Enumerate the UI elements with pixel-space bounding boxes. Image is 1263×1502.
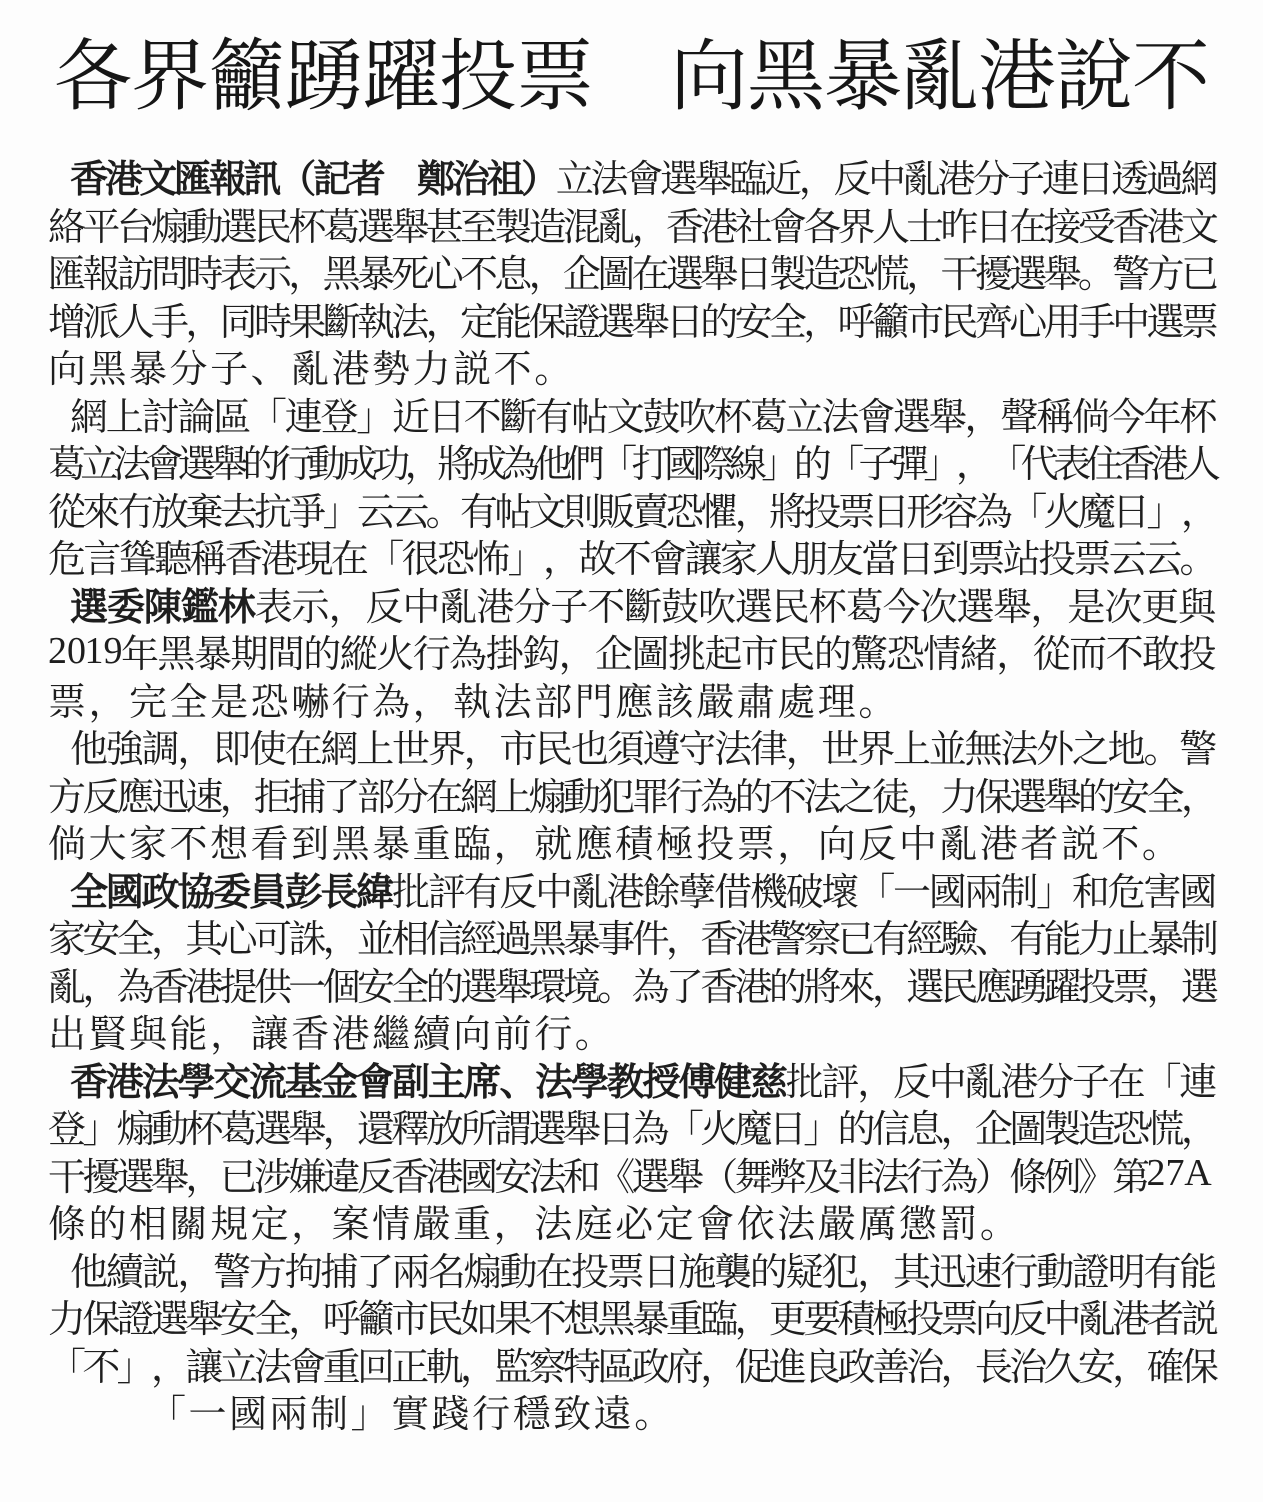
- body-char: 港: [735, 956, 769, 1011]
- body-char: A: [1181, 1151, 1215, 1195]
- body-char: 應: [975, 956, 1009, 1011]
- body-char: 日: [666, 291, 700, 346]
- text-line: 「一國兩制」實踐行穩致遠。: [48, 1387, 1215, 1435]
- body-char: 籲: [872, 291, 906, 346]
- text-line: 葛立法會選舉的行動成功，將成為他們「打國際線」的「子彈」，「代表住香港人: [48, 437, 1215, 485]
- body-char: 長: [975, 1336, 1009, 1391]
- body-char: 選: [906, 956, 940, 1011]
- body-char: 手: [1078, 291, 1112, 346]
- body-char: 例: [1044, 1146, 1078, 1201]
- body-char: 情: [923, 623, 959, 678]
- body-char: 穩: [513, 1383, 551, 1438]
- text-line: 登」煽動杯葛選舉，還釋放所謂選舉日為「火魔日」的信息，企圖製造恐慌，: [48, 1102, 1215, 1150]
- body-char: 遠: [594, 1383, 632, 1438]
- body-char: 善: [872, 1336, 906, 1391]
- body-char: 」: [351, 1383, 389, 1438]
- body-char: 用: [1044, 291, 1078, 346]
- body-char: 全: [769, 291, 803, 346]
- body-char: ，: [996, 623, 1032, 678]
- body-char: 中: [1112, 291, 1146, 346]
- text-line: 匯報訪問時表示，黑暴死心不息，企圖在選舉日製造恐慌，干擾選舉。警方已: [48, 247, 1215, 295]
- body-char: ，: [803, 291, 837, 346]
- text-line: 干擾選舉，已涉嫌違反香港國安法和《選舉（舞弊及非法行為）條例》第27A: [48, 1150, 1215, 1198]
- body-char: ，: [1147, 956, 1181, 1011]
- body-char: 久: [1044, 1336, 1078, 1391]
- article-body: 香港文匯報訊（記者 鄭治祖）立法會選舉臨近，反中亂港分子連日透過網絡平台煽動選民…: [48, 152, 1215, 1435]
- text-line: 出賢與能，讓香港繼續向前行。: [48, 1007, 1215, 1055]
- body-char: 敢: [1142, 623, 1178, 678]
- text-line: 票，完全是恐嚇行為，執法部門應該嚴肅處理。: [48, 675, 1215, 723]
- body-char: 市: [906, 291, 940, 346]
- body-char: 將: [803, 956, 837, 1011]
- body-char: 政: [838, 1336, 872, 1391]
- text-line: 絡平台煽動選民杯葛選舉甚至製造混亂，香港社會各界人士昨日在接受香港文: [48, 200, 1215, 248]
- body-char: 實: [391, 1383, 429, 1438]
- text-line: 力保證選舉安全，呼籲市民如果不想黑暴重臨，更要積極投票向反中亂港者説: [48, 1292, 1215, 1340]
- text-line: 「不」，讓立法會重回正軌，監察特區政府，促進良政善治，長治久安，確保: [48, 1340, 1215, 1388]
- body-char: 》: [1078, 1146, 1112, 1201]
- body-char: 踴: [1009, 956, 1043, 1011]
- text-line: 選委陳鑑林表示，反中亂港分子不斷鼓吹選民杯葛今次選舉，是次更與: [48, 580, 1215, 628]
- body-char: 制: [310, 1383, 348, 1438]
- article-page: 各界籲踴躍投票 向黑暴亂港說不 香港文匯報訊（記者 鄭治祖）立法會選舉臨近，反中…: [0, 0, 1263, 1502]
- text-line: 從來冇放棄去抗爭」云云。有帖文則販賣恐懼，將投票日形容為「火魔日」，: [48, 485, 1215, 533]
- text-line: 全國政協委員彭長緯批評有反中亂港餘孽借機破壞「一國兩制」和危害國: [48, 865, 1215, 913]
- text-line: 危言聳聽稱香港現在「很恐怖」，故不會讓家人朋友當日到票站投票云云。: [48, 532, 1215, 580]
- text-line: 亂，為香港提供一個安全的選舉環境。為了香港的將來，選民應踴躍投票，選: [48, 960, 1215, 1008]
- body-char: 了: [666, 956, 700, 1011]
- text-line: 網上討論區「連登」近日不斷有帖文鼓吹杯葛立法會選舉，聲稱倘今年杯: [48, 390, 1215, 438]
- body-char: 進: [769, 1336, 803, 1391]
- body-char: 投: [1078, 956, 1112, 1011]
- body-char: 國: [229, 1383, 267, 1438]
- body-char: ，: [872, 956, 906, 1011]
- text-line: 條的相關規定，案情嚴重，法庭必定會依法嚴厲懲罰。: [48, 1197, 1215, 1245]
- body-char: 安: [1078, 1336, 1112, 1391]
- body-char: 行: [472, 1383, 510, 1438]
- body-char: 舉: [632, 291, 666, 346]
- body-char: 不: [1106, 623, 1142, 678]
- text-line: 方反應迅速，拒捕了部分在網上煽動犯罪行為的不法之徒，力保選舉的安全，: [48, 770, 1215, 818]
- body-char: 香: [700, 956, 734, 1011]
- body-char: 心: [1009, 291, 1043, 346]
- body-char: ，: [1181, 766, 1215, 821]
- body-char: 呼: [838, 291, 872, 346]
- text-line: 香港文匯報訊（記者 鄭治祖）立法會選舉臨近，反中亂港分子連日透過網: [48, 152, 1215, 200]
- body-char: 齊: [975, 291, 1009, 346]
- body-char: ，: [700, 1336, 734, 1391]
- body-char: 選: [1147, 291, 1181, 346]
- body-char: 民: [941, 291, 975, 346]
- body-char: 。: [634, 1383, 672, 1438]
- body-char: 兩: [270, 1383, 308, 1438]
- body-char: ，: [941, 1336, 975, 1391]
- body-char: 確: [1147, 1336, 1181, 1391]
- body-char: 票: [1181, 291, 1215, 346]
- text-line: 倘大家不想看到黑暴重臨，就應積極投票，向反中亂港者説不。: [48, 817, 1215, 865]
- body-char: 來: [838, 956, 872, 1011]
- body-char: 「: [48, 1336, 82, 1391]
- text-line: 他強調，即使在網上世界，市民也須遵守法律，世界上並無法外之地。警: [48, 722, 1215, 770]
- text-line: 家安全，其心可誅，並相信經過黑暴事件，香港警察已有經驗、有能力止暴制: [48, 912, 1215, 960]
- body-char: 選: [597, 291, 631, 346]
- text-line: 他續説，警方拘捕了兩名煽動在投票日施襲的疑犯，其迅速行動證明有能: [48, 1245, 1215, 1293]
- body-char: 第: [1112, 1146, 1146, 1201]
- body-char: 一: [189, 1383, 227, 1438]
- body-char: 良: [803, 1336, 837, 1391]
- body-char: 致: [553, 1383, 591, 1438]
- text-line: 香港法學交流基金會副主席、法學教授傅健慈批評，反中亂港分子在「連: [48, 1055, 1215, 1103]
- body-char: 治: [906, 1336, 940, 1391]
- body-char: 慌: [1147, 1098, 1181, 1153]
- body-char: 的: [700, 291, 734, 346]
- body-char: 20: [48, 629, 84, 673]
- body-char: ，: [1112, 1336, 1146, 1391]
- body-char: 保: [1181, 1336, 1215, 1391]
- body-char: 為: [632, 956, 666, 1011]
- body-char: 而: [1069, 623, 1105, 678]
- body-char: 不: [82, 1336, 116, 1391]
- body-char: 選: [1181, 956, 1215, 1011]
- text-line: 增派人手，同時果斷執法，定能保證選舉日的安全，呼籲市民齊心用手中選票: [48, 295, 1215, 343]
- body-char: 27: [1147, 1151, 1181, 1195]
- body-char: 踐: [432, 1383, 470, 1438]
- bold-run-char: 選: [70, 576, 107, 631]
- body-char: 治: [1009, 1336, 1043, 1391]
- article-title: 各界籲踴躍投票 向黑暴亂港說不: [48, 16, 1215, 138]
- body-char: 緒: [960, 623, 996, 678]
- body-char: 民: [941, 956, 975, 1011]
- body-char: 」: [117, 1336, 151, 1391]
- body-char: 票: [1112, 956, 1146, 1011]
- body-char: 19: [84, 629, 120, 673]
- body-char: 促: [735, 1336, 769, 1391]
- body-char: 躍: [1044, 956, 1078, 1011]
- body-char: 投: [1179, 623, 1215, 678]
- text-line: 向黑暴分子、亂港勢力説不。: [48, 342, 1215, 390]
- body-char: 「: [148, 1383, 186, 1438]
- bold-run-char: [382, 154, 417, 197]
- body-char: 從: [1033, 623, 1069, 678]
- body-char: ，: [1181, 1098, 1215, 1153]
- body-char: 的: [769, 956, 803, 1011]
- text-line: 2019年黑暴期間的縱火行為掛鈎，企圖挑起市民的驚恐情緒，從而不敢投: [48, 627, 1215, 675]
- body-char: 安: [735, 291, 769, 346]
